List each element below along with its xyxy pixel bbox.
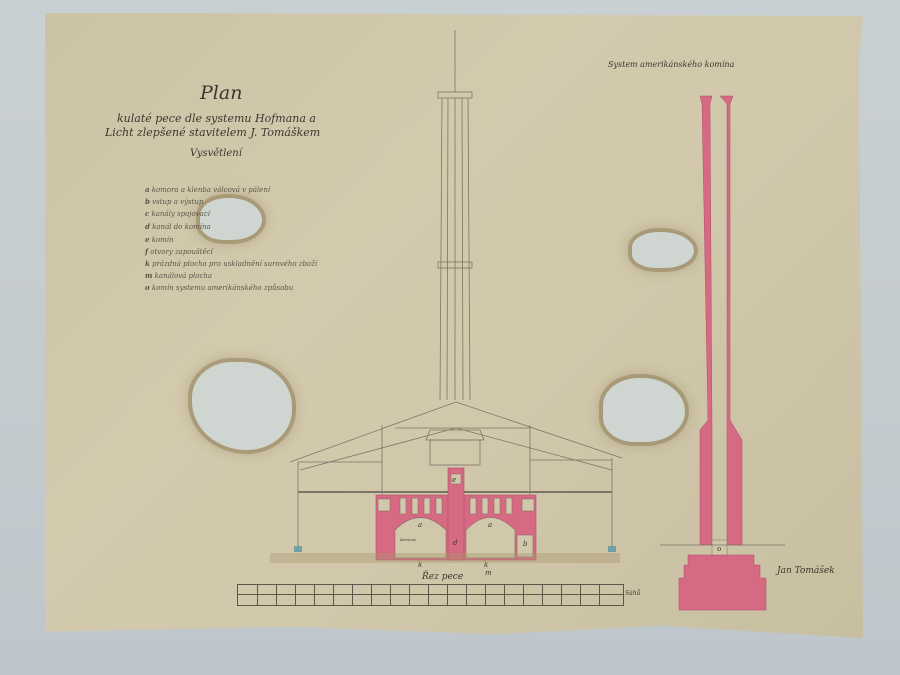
svg-text:a: a bbox=[488, 521, 492, 529]
scale-unit-label: Sáhů bbox=[625, 590, 640, 597]
ground-line bbox=[270, 553, 620, 563]
svg-text:o: o bbox=[717, 545, 721, 553]
svg-text:e: e bbox=[452, 476, 456, 484]
svg-text:a: a bbox=[418, 521, 422, 529]
svg-text:b: b bbox=[523, 540, 528, 548]
svg-text:d: d bbox=[453, 539, 458, 547]
signature: Jan Tomášek bbox=[777, 566, 835, 576]
scale-bar bbox=[237, 584, 624, 606]
section-label: Řez pece bbox=[422, 572, 463, 582]
svg-text:Komora: Komora bbox=[399, 537, 416, 542]
svg-text:m: m bbox=[485, 569, 492, 577]
